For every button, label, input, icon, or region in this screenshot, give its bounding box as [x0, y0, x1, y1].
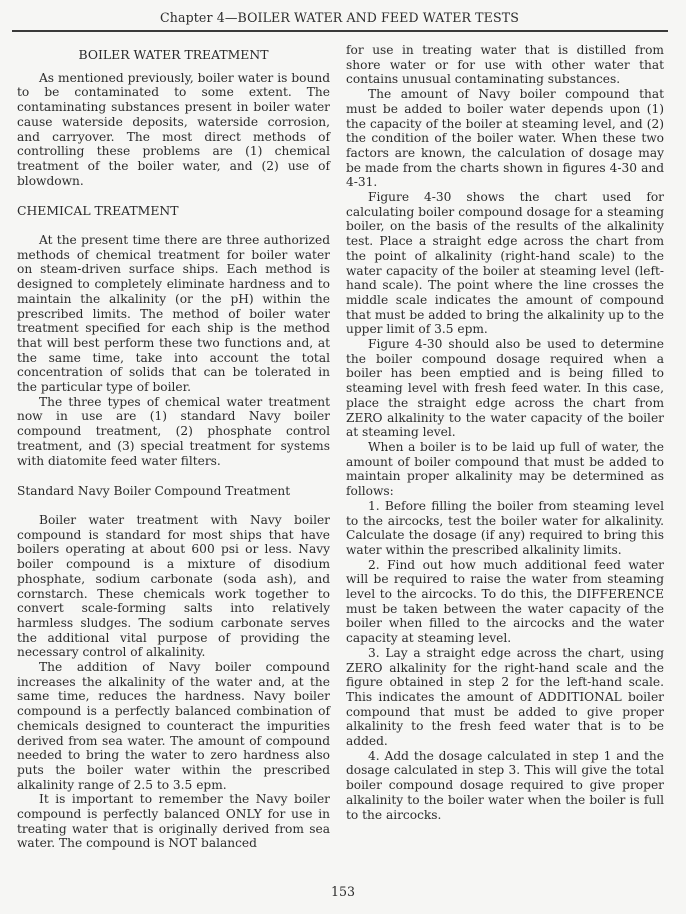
paragraph: At the present time there are three auth…: [17, 233, 330, 395]
paragraph: Figure 4-30 should also be used to deter…: [346, 337, 664, 440]
intro-paragraph: As mentioned previously, boiler water is…: [17, 71, 330, 189]
step-item: 1. Before filling the boiler from steami…: [346, 499, 664, 558]
paragraph: When a boiler is to be laid up full of w…: [346, 440, 664, 499]
right-column: for use in treating water that is distil…: [346, 43, 664, 822]
header-rule: [12, 30, 668, 32]
page-number: 153: [0, 884, 686, 899]
running-head: Chapter 4—BOILER WATER AND FEED WATER TE…: [12, 10, 667, 25]
paragraph: It is important to remember the Navy boi…: [17, 792, 330, 851]
paragraph: The three types of chemical water treatm…: [17, 395, 330, 469]
left-column: BOILER WATER TREATMENT As mentioned prev…: [17, 42, 330, 851]
paragraph: The addition of Navy boiler compound inc…: [17, 660, 330, 792]
chemical-treatment-heading: CHEMICAL TREATMENT: [17, 204, 330, 219]
paragraph: Boiler water treatment with Navy boiler …: [17, 513, 330, 660]
paragraph: Figure 4-30 shows the chart used for cal…: [346, 190, 664, 337]
standard-compound-subheading: Standard Navy Boiler Compound Treatment: [17, 484, 330, 499]
section-title: BOILER WATER TREATMENT: [17, 48, 330, 63]
step-item: 2. Find out how much additional feed wat…: [346, 558, 664, 646]
paragraph: The amount of Navy boiler compound that …: [346, 87, 664, 190]
step-item: 3. Lay a straight edge across the chart,…: [346, 646, 664, 749]
step-item: 4. Add the dosage calculated in step 1 a…: [346, 749, 664, 823]
continued-paragraph: for use in treating water that is distil…: [346, 43, 664, 87]
